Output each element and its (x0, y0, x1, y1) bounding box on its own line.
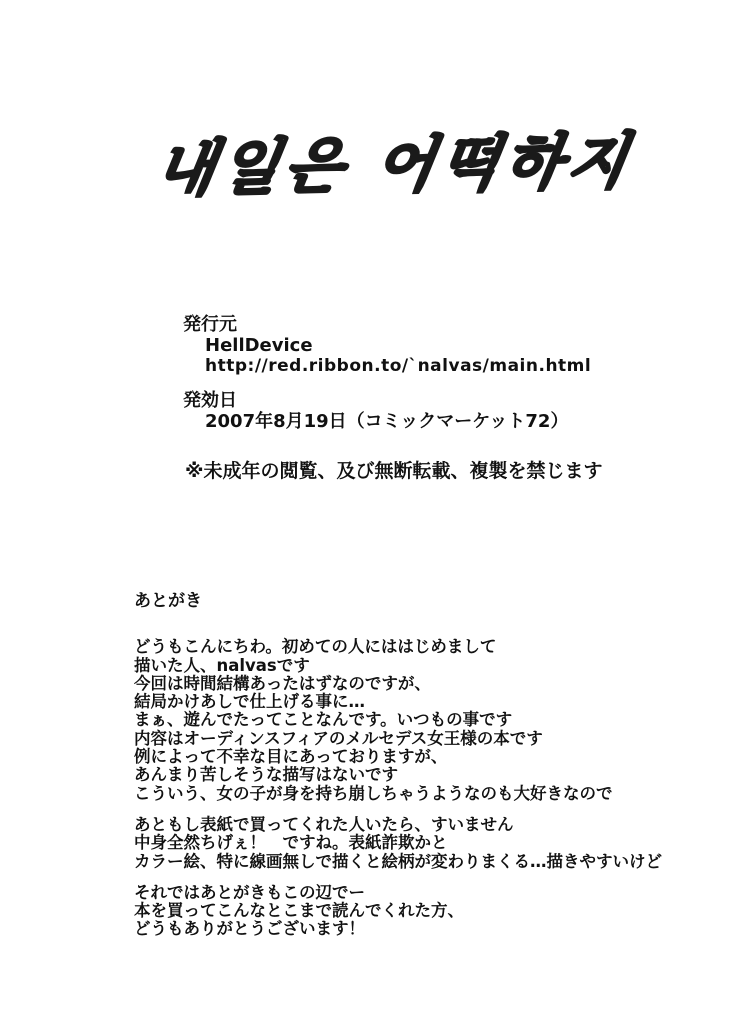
afterword-line: 内容はオーディンスフィアのメルセデス女王様の本です (134, 730, 694, 748)
afterword-line: あんまり苦しそうな描写はないです (134, 766, 694, 784)
doujinshi-colophon-page: 내일은 어떡하지 発行元 HellDevice http://red.ribbo… (0, 0, 736, 1024)
afterword-heading: あとがき (134, 592, 694, 610)
afterword-line: 本を買ってこんなとこまで読んでくれた方、 (134, 902, 694, 920)
issue-date-value: 2007年8月19日（コミックマーケット72） (205, 411, 568, 432)
afterword-line: まぁ、遊んでたってことなんです。いつもの事です (134, 711, 694, 729)
age-restriction-notice: ※未成年の閲覧、及び無断転載、複製を禁じます (185, 456, 602, 483)
afterword-line: どうもこんにちわ。初めての人にははじめまして (134, 638, 694, 656)
afterword-line: こういう、女の子が身を持ち崩しちゃうようなのも大好きなので (134, 785, 694, 803)
afterword-section: あとがき どうもこんにちわ。初めての人にははじめまして描いた人、nalvasです… (134, 592, 694, 952)
afterword-line: どうもありがとうございます！ (134, 920, 694, 938)
afterword-line: カラー絵、特に線画無しで描くと絵柄が変わりまくる…描きやすいけど (134, 853, 694, 871)
afterword-paragraph: あともし表紙で買ってくれた人いたら、すいません中身全然ちげぇ！ ですね。表紙詐欺… (134, 816, 694, 871)
afterword-line: 今回は時間結構あったはずなのですが、 (134, 675, 694, 693)
afterword-paragraph: どうもこんにちわ。初めての人にははじめまして描いた人、nalvasです今回は時間… (134, 638, 694, 803)
afterword-line: あともし表紙で買ってくれた人いたら、すいません (134, 816, 694, 834)
afterword-line: 中身全然ちげぇ！ ですね。表紙詐欺かと (134, 834, 694, 852)
publisher-label: 発行元 (183, 314, 591, 335)
publisher-name: HellDevice (205, 335, 591, 356)
issue-date-block: 発効日 2007年8月19日（コミックマーケット72） (183, 390, 568, 432)
publisher-url: http://red.ribbon.to/`nalvas/main.html (205, 356, 591, 377)
handwritten-korean-title: 내일은 어떡하지 (151, 114, 596, 207)
issue-date-label: 発効日 (183, 390, 568, 411)
afterword-line: 描いた人、nalvasです (134, 657, 694, 675)
afterword-paragraph: それではあとがきもこの辺でー本を買ってこんなとこまで読んでくれた方、どうもありが… (134, 884, 694, 939)
afterword-line: 結局かけあしで仕上げる事に… (134, 693, 694, 711)
publisher-block: 発行元 HellDevice http://red.ribbon.to/`nal… (183, 314, 591, 377)
afterword-body: どうもこんにちわ。初めての人にははじめまして描いた人、nalvasです今回は時間… (134, 638, 694, 938)
afterword-line: 例によって不幸な目にあっておりますが、 (134, 748, 694, 766)
afterword-line: それではあとがきもこの辺でー (134, 884, 694, 902)
